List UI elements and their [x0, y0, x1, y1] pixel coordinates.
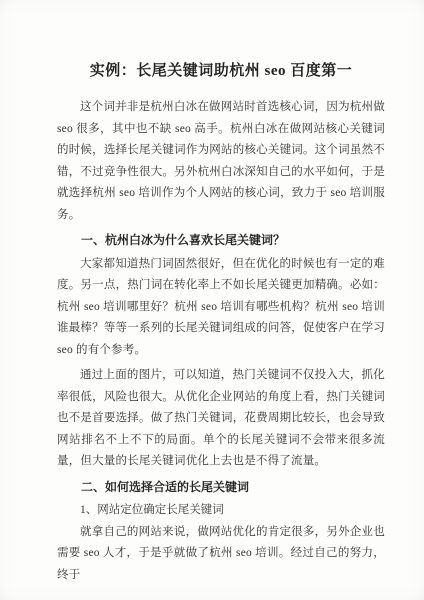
- page-number: 1: [0, 548, 424, 559]
- document-title: 实例：长尾关键词助杭州 seo 百度第一: [57, 60, 385, 82]
- paragraph-intro: 这个词并非是杭州白冰在做网站时首选核心词，因为杭州做 seo 很多，其中也不缺 …: [57, 97, 385, 226]
- section-heading-1: 一、杭州白冰为什么喜欢长尾关键词？: [57, 230, 385, 252]
- document-content: 实例：长尾关键词助杭州 seo 百度第一 这个词并非是杭州白冰在做网站时首选核心…: [57, 60, 385, 586]
- document-page: 实例：长尾关键词助杭州 seo 百度第一 这个词并非是杭州白冰在做网站时首选核心…: [0, 0, 424, 600]
- section-heading-2: 二、如何选择合适的长尾关键词: [57, 477, 385, 499]
- paragraph-longtail-benefits: 大家都知道热门词固然很好，但在优化的时候也有一定的难度。另一点，热门词在转化率上…: [57, 254, 385, 362]
- paragraph-hot-keywords-risk: 通过上面的图片，可以知道，热门关键词不仅投入大，抓化率很低，风险也很大。从优化企…: [57, 365, 385, 473]
- subsection-heading-1: 1、网站定位确定长尾关键词: [57, 500, 385, 522]
